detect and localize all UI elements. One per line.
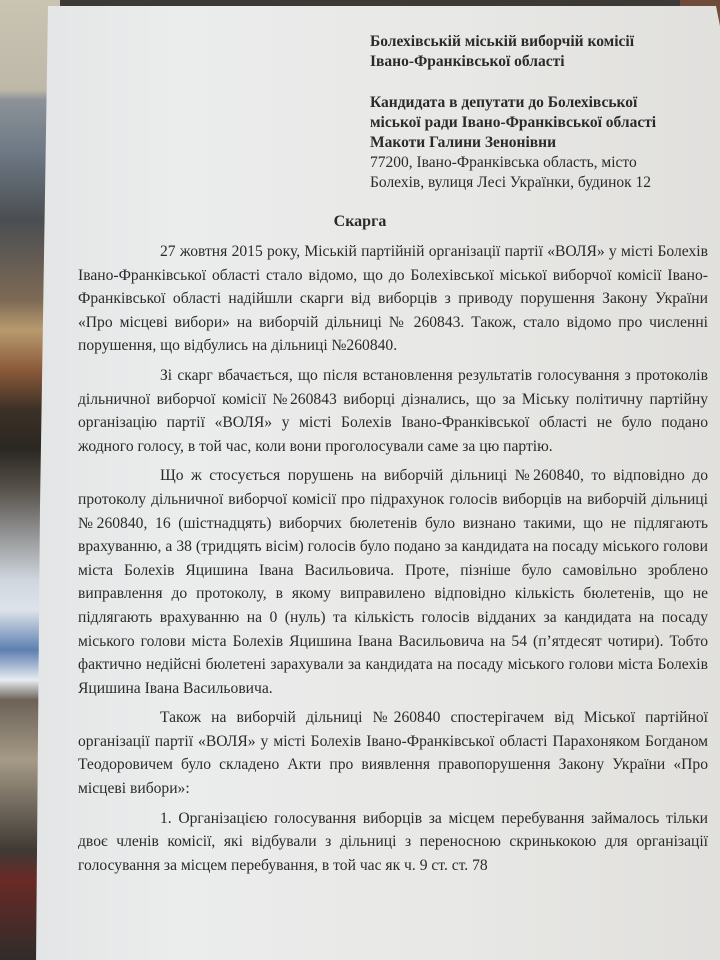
sender-line: міської ради Івано-Франківської області — [370, 113, 710, 133]
address-line: 77200, Івано-Франківська область, місто — [370, 153, 710, 173]
sender-name: Макоти Галини Зенонівни — [370, 133, 710, 153]
document: Болехівській міській виборчій комісії Ів… — [0, 0, 720, 960]
sender-line: Кандидата в депутати до Болехівської — [370, 93, 710, 113]
paragraph: 27 жовтня 2015 року, Міській партійній о… — [78, 240, 708, 358]
paragraph: Що ж стосується порушень на виборчій діл… — [78, 464, 708, 700]
paragraph: 1. Організацією голосування виборців за … — [78, 807, 708, 878]
document-body: 27 жовтня 2015 року, Міській партійній о… — [78, 240, 708, 877]
paragraph: Також на виборчій дільниці №260840 спост… — [78, 706, 708, 800]
address-line: Болехів, вулиця Лесі Українки, будинок 1… — [370, 173, 710, 193]
addressee-block: Болехівській міській виборчій комісії Ів… — [370, 32, 710, 193]
recipient-line: Болехівській міській виборчій комісії — [370, 32, 710, 52]
paragraph: Зі скарг вбачається, що після встановлен… — [78, 364, 708, 458]
recipient-line: Івано-Франківської області — [370, 52, 710, 72]
document-title: Скарга — [0, 213, 720, 231]
